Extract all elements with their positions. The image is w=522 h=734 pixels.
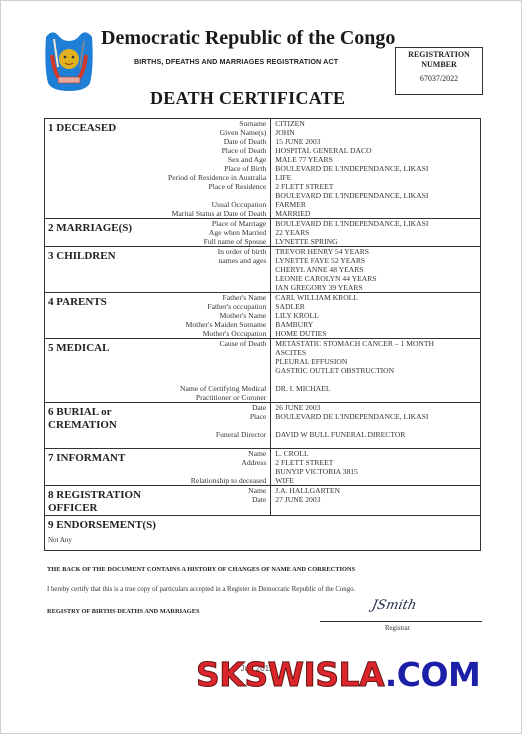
field-value: MARRIED bbox=[275, 209, 480, 218]
field-label: Funeral Director bbox=[168, 430, 266, 439]
section-7: 7 INFORMANTNameAddressRelationship to de… bbox=[45, 449, 481, 486]
field-value: DR. I. MICHAEL bbox=[275, 384, 480, 393]
field-label: Name of Certifying Medical bbox=[168, 384, 266, 393]
back-note: THE BACK OF THE DOCUMENT CONTAINS A HIST… bbox=[47, 566, 355, 573]
field-value: CARL WILLIAM KROLL bbox=[275, 293, 480, 302]
field-labels: NameAddressRelationship to deceased bbox=[168, 449, 271, 486]
field-label: Mother's Name bbox=[168, 311, 266, 320]
field-value: 2 FLETT STREET bbox=[275, 458, 480, 467]
section-1: 1 DECEASEDSurnameGiven Name(s)Date of De… bbox=[45, 119, 481, 219]
section-heading: 9 ENDORSEMENT(S) bbox=[45, 516, 480, 532]
registrar-label: Registrar bbox=[385, 625, 410, 632]
field-values: METASTATIC STOMACH CANCER – 1 MONTHASCIT… bbox=[271, 339, 481, 403]
field-label: Cause of Death bbox=[168, 339, 266, 348]
watermark-brand: SKSWISLA bbox=[196, 655, 385, 694]
field-value: LILY KROLL bbox=[275, 311, 480, 320]
field-labels: In order of birthnames and ages bbox=[168, 247, 271, 293]
endorsement-value: Not Any bbox=[45, 532, 480, 550]
section-4: 4 PARENTSFather's NameFather's occupatio… bbox=[45, 293, 481, 339]
field-label: Given Name(s) bbox=[168, 128, 266, 137]
field-label: In order of birth bbox=[168, 247, 266, 256]
certification-statement: I hereby certify that this is a true cop… bbox=[47, 586, 355, 593]
field-label: Father's Name bbox=[168, 293, 266, 302]
registration-number: 67037/2022 bbox=[396, 74, 482, 84]
section-heading: 3 CHILDREN bbox=[45, 247, 169, 293]
field-value bbox=[275, 393, 480, 402]
section-endorsement: 9 ENDORSEMENT(S) Not Any bbox=[45, 516, 481, 551]
section-heading: 4 PARENTS bbox=[45, 293, 169, 339]
field-value: L. CROLL bbox=[275, 449, 480, 458]
field-label: Place bbox=[168, 412, 266, 421]
field-value: BAMBURY bbox=[275, 320, 480, 329]
field-value: LYNETTE SPRING bbox=[275, 237, 480, 246]
field-label: Period of Residence in Australia bbox=[168, 173, 266, 182]
field-label: Place of Residence bbox=[168, 182, 266, 191]
field-value: 2 FLETT STREET bbox=[275, 182, 480, 191]
registration-act: BIRTHS, DFEATHS AND MARRIAGES REGISTRATI… bbox=[134, 57, 338, 66]
field-label bbox=[168, 274, 266, 283]
section-heading: 1 DECEASED bbox=[45, 119, 169, 219]
field-values: CITIZENJOHN15 JUNE 2003HOSPITAL GENERAL … bbox=[271, 119, 481, 219]
section-heading: 2 MARRIAGE(S) bbox=[45, 219, 169, 247]
certificate-table: 1 DECEASEDSurnameGiven Name(s)Date of De… bbox=[44, 118, 481, 551]
field-value: LIFE bbox=[275, 173, 480, 182]
registry-name: REGISTRY OF BIRTHS DEATHS AND MARRIAGES bbox=[47, 608, 200, 615]
field-label: Name bbox=[168, 449, 266, 458]
field-label: Address bbox=[168, 458, 266, 467]
field-values: BOULEVARD DE L'INDEPENDANCE, LIKASI22 YE… bbox=[271, 219, 481, 247]
field-labels: Cause of DeathName of Certifying Medical… bbox=[168, 339, 271, 403]
field-value: 26 JUNE 2003 bbox=[275, 403, 480, 412]
field-value: GASTRIC OUTLET OBSTRUCTION bbox=[275, 366, 480, 375]
field-label bbox=[168, 375, 266, 384]
field-labels: SurnameGiven Name(s)Date of DeathPlace o… bbox=[168, 119, 271, 219]
field-label: Place of Death bbox=[168, 146, 266, 155]
field-value: J.A. HALLGARTEN bbox=[275, 486, 480, 495]
field-label bbox=[168, 439, 266, 448]
signature-line bbox=[320, 621, 482, 622]
field-label: Practitioner or Coroner bbox=[168, 393, 266, 402]
field-label: Marital Status at Date of Death bbox=[168, 209, 266, 218]
field-value: CITIZEN bbox=[275, 119, 480, 128]
field-labels: Father's NameFather's occupationMother's… bbox=[168, 293, 271, 339]
field-value bbox=[275, 375, 480, 384]
field-label: Mother's Maiden Surname bbox=[168, 320, 266, 329]
field-value bbox=[275, 439, 480, 448]
field-label: names and ages bbox=[168, 256, 266, 265]
field-value: FARMER bbox=[275, 200, 480, 209]
field-label bbox=[168, 467, 266, 476]
field-value bbox=[275, 421, 480, 430]
section-heading: 5 MEDICAL bbox=[45, 339, 169, 403]
field-value: 15 JUNE 2003 bbox=[275, 137, 480, 146]
field-label: Sex and Age bbox=[168, 155, 266, 164]
section-2: 2 MARRIAGE(S)Place of MarriageAge when M… bbox=[45, 219, 481, 247]
field-label bbox=[168, 265, 266, 274]
field-label bbox=[168, 283, 266, 292]
field-values: J.A. HALLGARTEN27 JUNE 2003 bbox=[271, 486, 481, 516]
field-label bbox=[168, 357, 266, 366]
field-label: Mother's Occupation bbox=[168, 329, 266, 338]
field-labels: Place of MarriageAge when MarriedFull na… bbox=[168, 219, 271, 247]
field-value: BOULEVARD DE L'INDEPENDANCE, LIKASI bbox=[275, 412, 480, 421]
field-values: TREVOR HENRY 54 YEARSLYNETTE FAYE 52 YEA… bbox=[271, 247, 481, 293]
field-value: METASTATIC STOMACH CANCER – 1 MONTH bbox=[275, 339, 480, 348]
field-label: Father's occupation bbox=[168, 302, 266, 311]
field-label: Full name of Spouse bbox=[168, 237, 266, 246]
number-label: NUMBER bbox=[396, 60, 482, 70]
field-labels: DatePlaceFuneral Director bbox=[168, 403, 271, 449]
field-value: BUNYIP VICTORIA 3815 bbox=[275, 467, 480, 476]
field-label: Name bbox=[168, 486, 266, 495]
registrar-signature: JSmith bbox=[370, 598, 417, 613]
field-values: L. CROLL2 FLETT STREETBUNYIP VICTORIA 38… bbox=[271, 449, 481, 486]
field-label bbox=[168, 348, 266, 357]
field-label: Place of Marriage bbox=[168, 219, 266, 228]
section-heading: 8 REGISTRATION OFFICER bbox=[45, 486, 169, 516]
registration-label: REGISTRATION bbox=[396, 50, 482, 60]
field-values: CARL WILLIAM KROLLSADLERLILY KROLLBAMBUR… bbox=[271, 293, 481, 339]
field-label: Place of Birth bbox=[168, 164, 266, 173]
watermark: SKSWISLA.COM bbox=[196, 655, 480, 694]
field-label: Usual Occupation bbox=[168, 200, 266, 209]
registration-number-box: REGISTRATION NUMBER 67037/2022 bbox=[395, 47, 483, 95]
field-value: 22 YEARS bbox=[275, 228, 480, 237]
section-heading: 7 INFORMANT bbox=[45, 449, 169, 486]
field-label bbox=[168, 366, 266, 375]
field-value: JOHN bbox=[275, 128, 480, 137]
field-value: WIFE bbox=[275, 476, 480, 485]
section-8: 8 REGISTRATION OFFICERNameDateJ.A. HALLG… bbox=[45, 486, 481, 516]
section-5: 5 MEDICALCause of DeathName of Certifyin… bbox=[45, 339, 481, 403]
field-label: Date of Death bbox=[168, 137, 266, 146]
section-heading: 6 BURIAL or CREMATION bbox=[45, 403, 169, 449]
field-label bbox=[168, 191, 266, 200]
field-value: LYNETTE FAYE 52 YEARS bbox=[275, 256, 480, 265]
field-value: MALE 77 YEARS bbox=[275, 155, 480, 164]
field-value: BOULEVARD DE L'INDEPENDANCE, LIKASI bbox=[275, 191, 480, 200]
field-value: BOULEVARD DE L'INDEPENDANCE, LIKASI bbox=[275, 164, 480, 173]
field-value: SADLER bbox=[275, 302, 480, 311]
field-label: Date bbox=[168, 495, 266, 504]
field-label: Surname bbox=[168, 119, 266, 128]
document-title: DEATH CERTIFICATE bbox=[150, 88, 345, 109]
field-values: 26 JUNE 2003BOULEVARD DE L'INDEPENDANCE,… bbox=[271, 403, 481, 449]
section-6: 6 BURIAL or CREMATIONDatePlaceFuneral Di… bbox=[45, 403, 481, 449]
coat-of-arms-icon bbox=[42, 27, 96, 93]
field-labels: NameDate bbox=[168, 486, 271, 516]
field-value: HOSPITAL GENERAL DACO bbox=[275, 146, 480, 155]
field-label bbox=[168, 421, 266, 430]
field-label: Relationship to deceased bbox=[168, 476, 266, 485]
field-value: TREVOR HENRY 54 YEARS bbox=[275, 247, 480, 256]
watermark-domain: .COM bbox=[385, 655, 481, 694]
field-value: IAN GREGORY 39 YEARS bbox=[275, 283, 480, 292]
field-value: CHERYL ANNE 48 YEARS bbox=[275, 265, 480, 274]
field-value: ASCITES bbox=[275, 348, 480, 357]
field-label: Age when Married bbox=[168, 228, 266, 237]
field-value: LEONIE CAROLYN 44 YEARS bbox=[275, 274, 480, 283]
country-name: Democratic Republic of the Congo bbox=[101, 27, 395, 50]
field-label: Date bbox=[168, 403, 266, 412]
field-value: HOME DUTIES bbox=[275, 329, 480, 338]
field-value: DAVID W BULL FUNERAL DIRECTOR bbox=[275, 430, 480, 439]
field-value: BOULEVARD DE L'INDEPENDANCE, LIKASI bbox=[275, 219, 480, 228]
section-3: 3 CHILDRENIn order of birthnames and age… bbox=[45, 247, 481, 293]
field-value: PLEURAL EFFUSION bbox=[275, 357, 480, 366]
field-value: 27 JUNE 2003 bbox=[275, 495, 480, 504]
